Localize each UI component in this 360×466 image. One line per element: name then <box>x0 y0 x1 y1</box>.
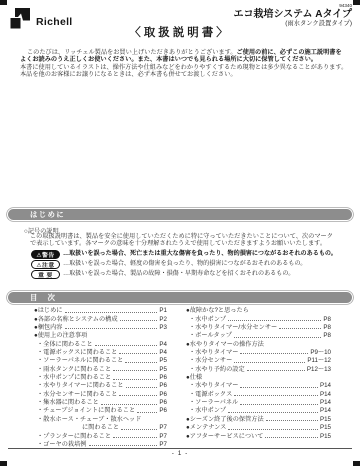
toc-leader <box>234 395 318 396</box>
symbol-text: …取扱いを誤った場合、軽度の傷害を負ったり、物的損害につながるおそれのあるもの。 <box>63 260 306 269</box>
toc-leader <box>125 362 157 363</box>
toc-page: P2 <box>159 316 167 323</box>
footer-rule <box>8 448 352 449</box>
toc-page: P15 <box>320 416 331 423</box>
symbols-description: この取扱説明書は、製品を安全に使用していただくために特に守っていただきたいことに… <box>30 233 346 248</box>
intro-line: 本書に使用しているイラストは、操作方法や仕組みなどをわかりやすくするため現物とは… <box>20 64 348 71</box>
toc-page: P15 <box>320 433 331 440</box>
toc-page: P4 <box>159 341 167 348</box>
toc-leader <box>95 345 158 346</box>
toc-leader <box>119 353 157 354</box>
toc-leader <box>89 445 158 446</box>
toc-leader <box>234 362 305 363</box>
toc-leader <box>137 412 157 413</box>
toc-leader <box>265 437 318 438</box>
section-bar-hajimeni: はじめに <box>8 209 352 220</box>
toc-page: P8 <box>323 332 331 339</box>
manual-page: Richell 94340 エコ栽培システム Aタイプ (雨水タンク設置タイプ)… <box>0 0 360 466</box>
toc-leader <box>240 404 318 405</box>
toc-page: P6 <box>159 399 167 406</box>
caution-badge: ⚠注意 <box>31 260 60 269</box>
toc-leader <box>240 353 308 354</box>
toc-column-right: ●故障かな?と思ったら・水中ポンプP8・水やりタイマー/水分センサーP8・ボール… <box>186 306 331 440</box>
toc-page: P14 <box>320 391 331 398</box>
toc-page: P12〜13 <box>307 364 331 373</box>
intro-line: よくお読みのうえ正しくお使いください。また、本書はいつでも見られる場所に大切に保… <box>20 56 348 63</box>
toc-page: P7 <box>159 441 167 448</box>
section-bar-label: 目 次 <box>8 293 56 303</box>
corner-mark <box>0 0 7 5</box>
important-badge: 重 要 <box>31 270 60 279</box>
toc-page: P6 <box>159 374 167 381</box>
doc-title: 〈取扱説明書〉 <box>0 24 360 40</box>
toc-page: P8 <box>323 316 331 323</box>
symbol-legend-item: 重 要…取扱いを誤った場合、製品の故障・損傷・早期寿命などを招くおそれのあるもの… <box>31 270 349 279</box>
corner-mark <box>0 461 7 466</box>
symbol-legend-item: ⚠警告…取扱いを誤った場合、死亡または重大な傷害を負ったり、物的損害につながるお… <box>31 250 349 259</box>
toc-leader <box>247 370 305 371</box>
toc-leader <box>228 320 321 321</box>
toc-leader <box>126 387 158 388</box>
toc-leader <box>65 328 158 329</box>
toc-label: ・ゴーヤの栽培例 <box>37 439 87 448</box>
toc-item: ・水やり予約の設定P12〜13 <box>186 364 331 372</box>
toc-leader <box>101 404 158 405</box>
toc-leader <box>113 370 157 371</box>
toc-leader <box>266 420 318 421</box>
toc-page: P3 <box>159 324 167 331</box>
toc-page: P7 <box>159 433 167 440</box>
intro-text: このたびは、リッチェル製品をお買い上げいただきありがとうございます。 <box>27 49 236 56</box>
page-number: - 1 - <box>0 450 360 457</box>
product-title-block: 94340 エコ栽培システム Aタイプ (雨水タンク設置タイプ) <box>234 3 353 27</box>
intro-line: 本品を他のお客様にお譲りになるときは、必ず本書も併せてお渡しください。 <box>20 71 348 78</box>
corner-mark <box>353 0 360 5</box>
toc-leader <box>121 429 157 430</box>
toc-leader <box>228 412 318 413</box>
toc-item: ・ゴーヤの栽培例P7 <box>34 440 167 448</box>
warning-badge: ⚠警告 <box>31 250 60 259</box>
toc-page: P6 <box>159 407 167 414</box>
section-bar-mokuji: 目 次 <box>8 292 352 303</box>
symbols-description-line: で表示しています。各マークの意味を十分理解されたうえで使用していただきますようお… <box>30 240 346 247</box>
toc-page: P5 <box>159 357 167 364</box>
toc-column-left: ●はじめにP1●各部の名称とシステムの構成P2●梱包内容P3●使用上の注意事項・… <box>34 306 167 448</box>
toc-page: P14 <box>320 399 331 406</box>
intro-text-bold: ご使用の前に、必ずこの施工説明書を <box>236 49 341 56</box>
symbol-legend-list: ⚠警告…取扱いを誤った場合、死亡または重大な傷害を負ったり、物的損害につながるお… <box>31 250 349 281</box>
toc-page: P7 <box>159 424 167 431</box>
toc-page: P1 <box>159 307 167 314</box>
toc-page: P14 <box>320 382 331 389</box>
toc-page: P14 <box>320 407 331 414</box>
toc-leader <box>113 437 157 438</box>
toc-leader <box>65 312 158 313</box>
section-bar-label: はじめに <box>8 210 65 220</box>
toc-leader <box>279 328 321 329</box>
toc-page: P8 <box>323 324 331 331</box>
toc-item: ●アフターサービスについてP15 <box>186 431 331 439</box>
symbol-text: …取扱いを誤った場合、製品の故障・損傷・早期寿命などを招くおそれのあるもの。 <box>63 270 294 279</box>
toc-leader <box>113 379 157 380</box>
toc-leader <box>240 387 318 388</box>
intro-paragraph: このたびは、リッチェル製品をお買い上げいただきありがとうございます。ご使用の前に… <box>20 49 348 78</box>
toc-leader <box>234 337 321 338</box>
toc-page: P6 <box>159 391 167 398</box>
toc-leader <box>119 395 157 396</box>
corner-mark <box>353 461 360 466</box>
toc-page: P6 <box>159 382 167 389</box>
symbol-text: …取扱いを誤った場合、死亡または重大な傷害を負ったり、物的損害につながるおそれの… <box>63 250 337 259</box>
toc-label: ●アフターサービスについて <box>186 431 263 440</box>
product-name: エコ栽培システム Aタイプ <box>234 9 353 20</box>
toc-page: P5 <box>159 366 167 373</box>
toc-leader <box>228 429 318 430</box>
symbol-legend-item: ⚠注意…取扱いを誤った場合、軽度の傷害を負ったり、物的損害につながるおそれのある… <box>31 260 349 269</box>
toc-page: P15 <box>320 424 331 431</box>
toc-page: P4 <box>159 349 167 356</box>
toc-leader <box>120 320 158 321</box>
